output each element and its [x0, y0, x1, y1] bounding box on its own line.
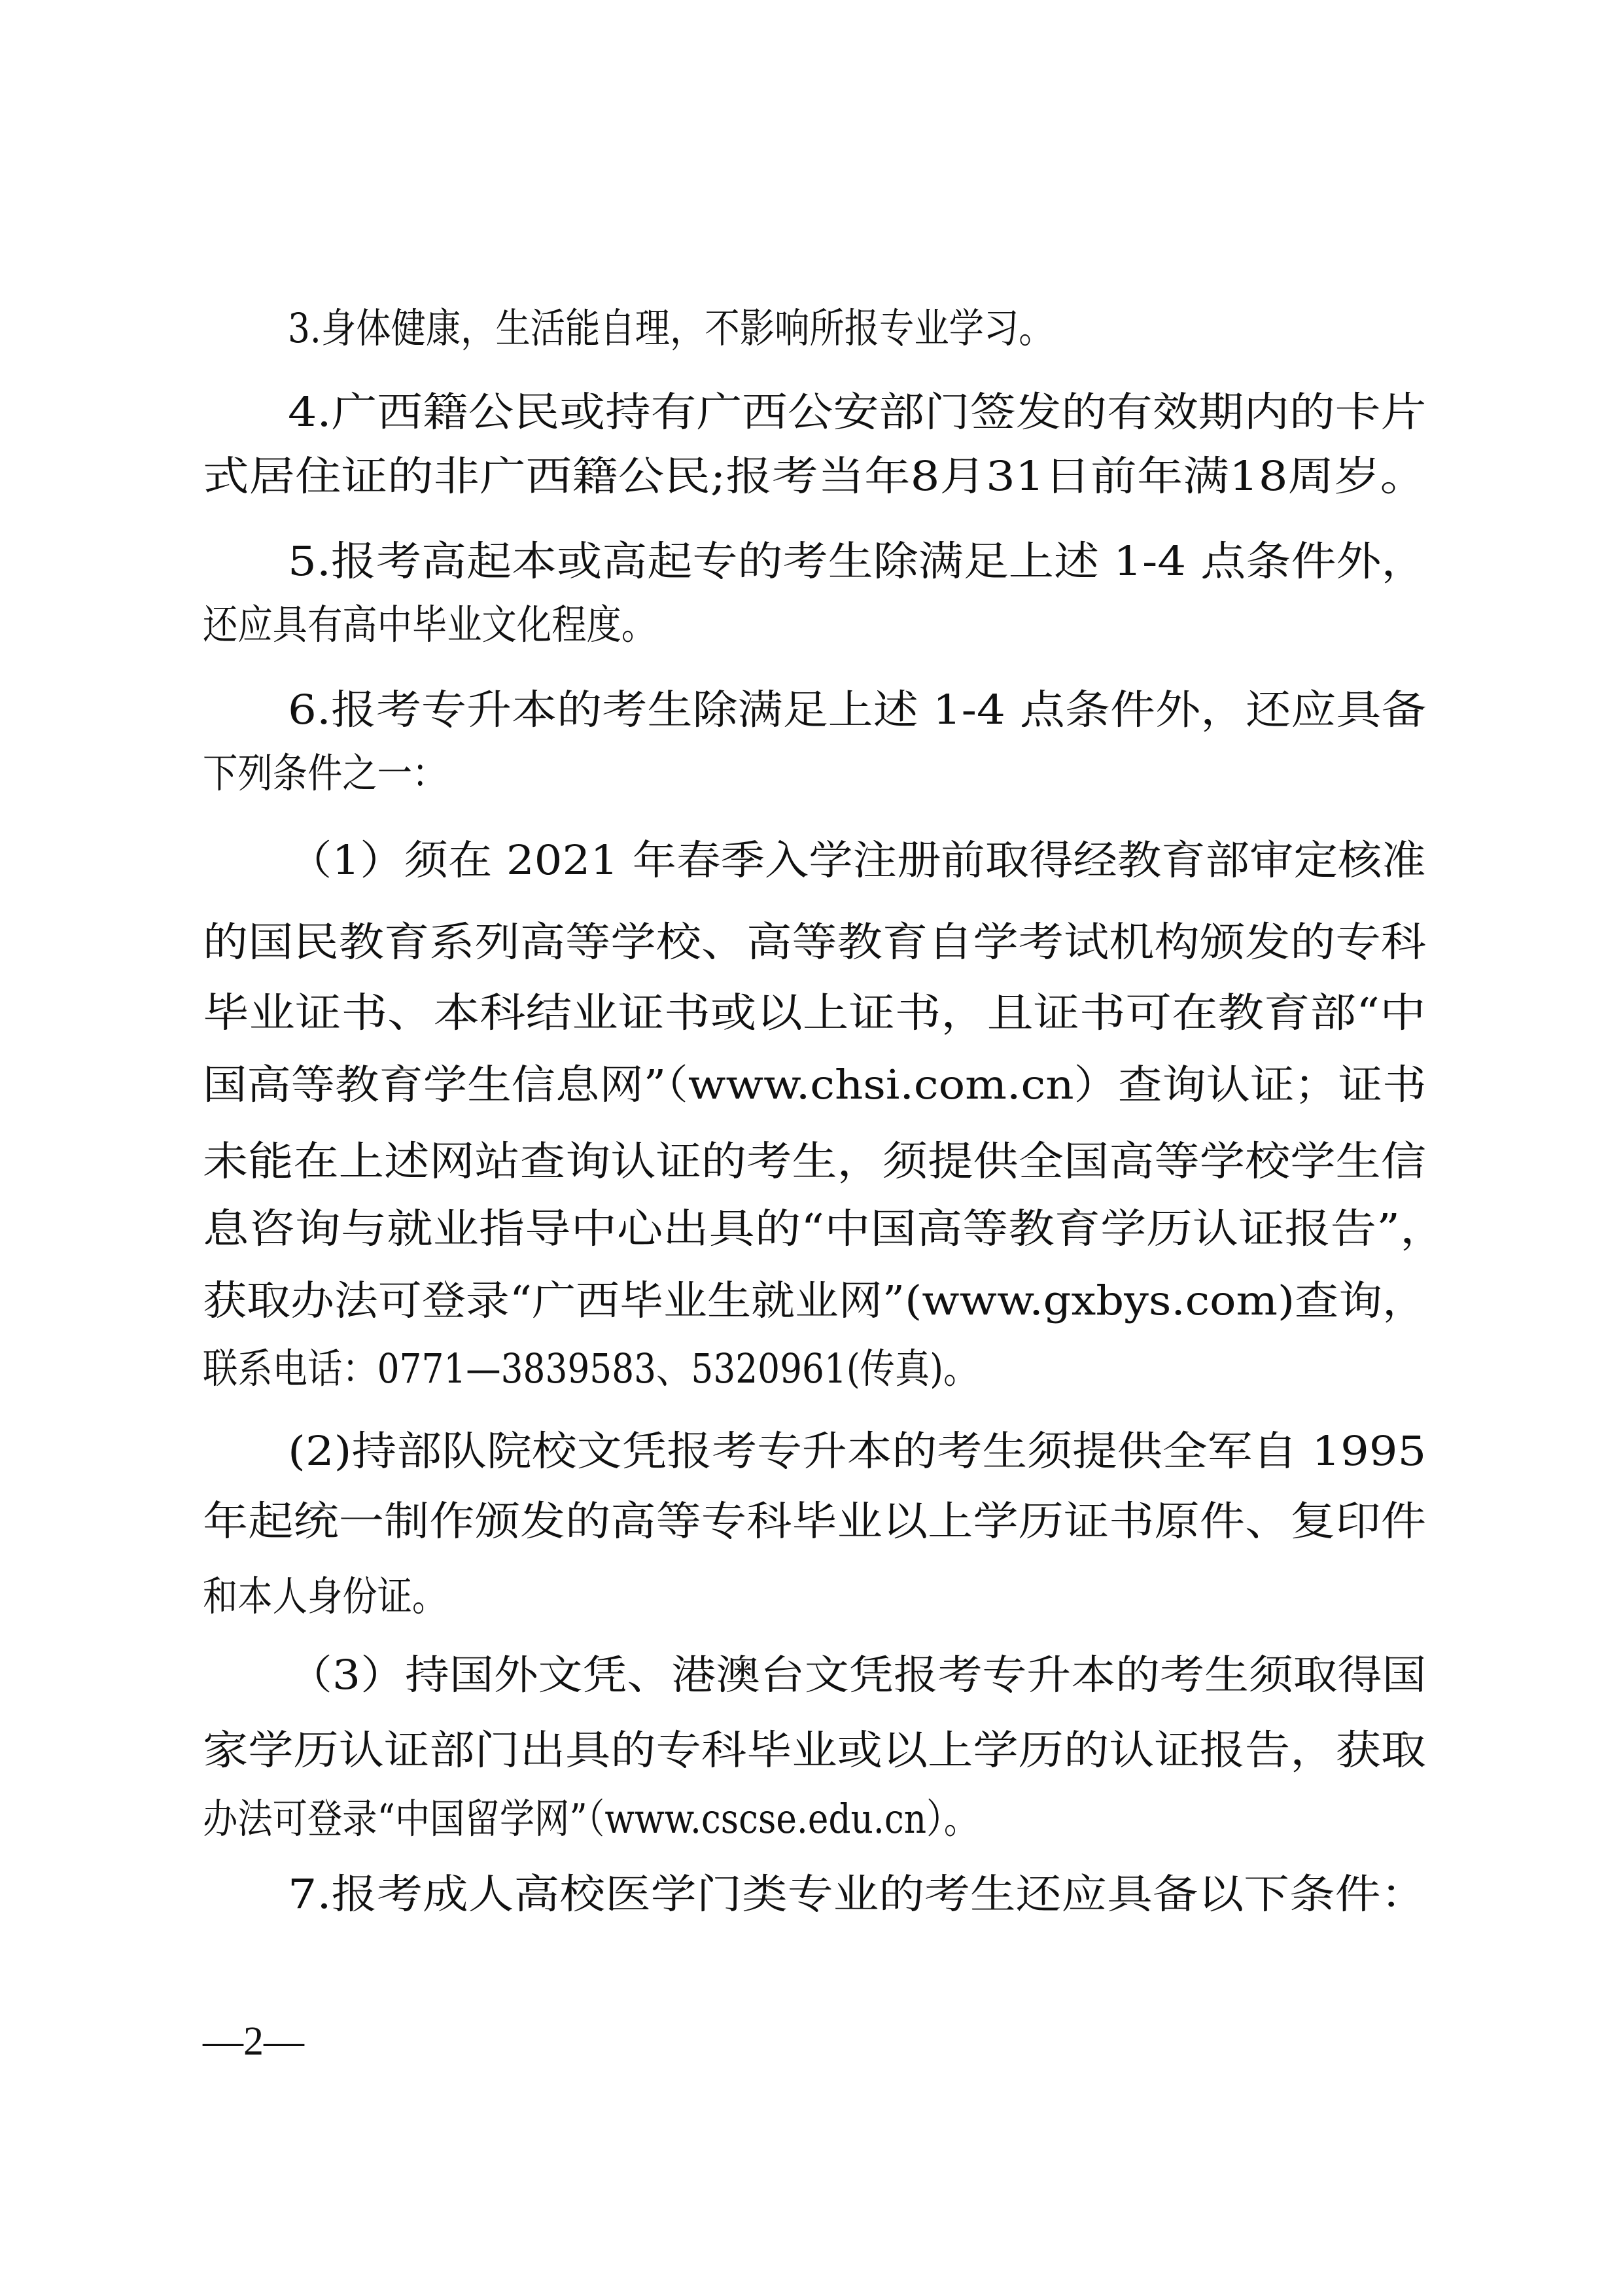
paragraph-item-4-line-2: 式居住证的非广西籍公民;报考当年8月31日前年满18周岁。: [203, 450, 1426, 503]
paragraph-item-5-line-2: 还应具有高中毕业文化程度。: [203, 599, 656, 651]
paragraph-item-6-3-line-1: （3）持国外文凭、港澳台文凭报考专升本的考生须取得国: [288, 1649, 1426, 1701]
paragraph-item-4-line-1: 4.广西籍公民或持有广西公安部门签发的有效期内的卡片: [288, 386, 1426, 438]
paragraph-item-6-2-line-3: 和本人身份证。: [203, 1570, 447, 1623]
paragraph-item-6-1-line-3: 毕业证书、本科结业证书或以上证书，且证书可在教育部“中: [203, 987, 1426, 1039]
paragraph-item-6-1-line-8: 联系电话：0771—3839583、5320961(传真)。: [203, 1343, 978, 1395]
paragraph-item-6-3-line-2: 家学历认证部门出具的专科毕业或以上学历的认证报告，获取: [203, 1724, 1426, 1776]
paragraph-item-6-1-line-6: 息咨询与就业指导中心出具的“中国高等教育学历认证报告”，: [203, 1203, 1446, 1255]
paragraph-item-6-1-line-4: 国高等教育学生信息网”（www.chsi.com.cn）查询认证；证书: [203, 1059, 1427, 1111]
paragraph-item-6-line-2: 下列条件之一：: [203, 747, 447, 800]
paragraph-item-6-1-line-1: （1）须在 2021 年春季入学注册前取得经教育部审定核准: [288, 834, 1426, 887]
paragraph-item-6-2-line-2: 年起统一制作颁发的高等专科毕业以上学历证书原件、复印件: [203, 1495, 1426, 1547]
paragraph-item-6-line-1: 6.报考专升本的考生除满足上述 1-4 点条件外，还应具备: [288, 684, 1427, 736]
paragraph-item-3-line-1: 3.身体健康，生活能自理，不影响所报专业学习。: [288, 302, 1054, 355]
paragraph-item-6-3-line-3: 办法可登录“中国留学网”（www.cscse.edu.cn）。: [203, 1793, 979, 1845]
page-number: —2—: [203, 2015, 304, 2068]
paragraph-item-7-line-1: 7.报考成人高校医学门类专业的考生还应具备以下条件：: [288, 1868, 1426, 1920]
paragraph-item-6-1-line-2: 的国民教育系列高等学校、高等教育自学考试机构颁发的专科: [203, 916, 1426, 968]
paragraph-item-6-1-line-7: 获取办法可登录“广西毕业生就业网”(www.gxbys.com)查询，: [203, 1275, 1426, 1327]
paragraph-item-5-line-1: 5.报考高起本或高起专的考生除满足上述 1-4 点条件外，: [288, 535, 1427, 588]
document-page: 3.身体健康，生活能自理，不影响所报专业学习。 4.广西籍公民或持有广西公安部门…: [0, 0, 1623, 2296]
paragraph-item-6-1-line-5: 未能在上述网站查询认证的考生，须提供全国高等学校学生信: [203, 1135, 1426, 1188]
paragraph-item-6-2-line-1: (2)持部队院校文凭报考专升本的考生须提供全军自 1995: [288, 1425, 1426, 1477]
